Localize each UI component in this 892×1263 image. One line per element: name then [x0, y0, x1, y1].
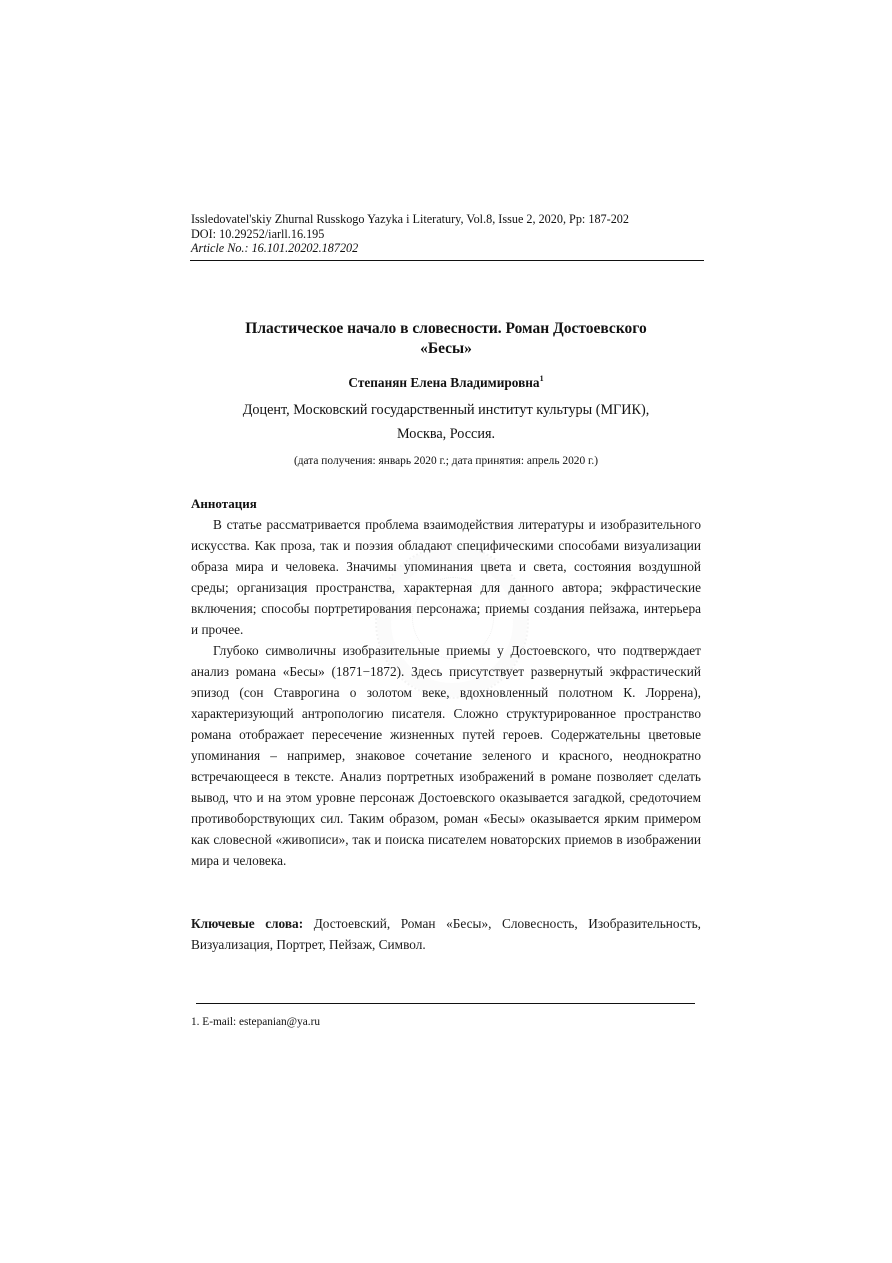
journal-doi: DOI: 10.29252/iarll.16.195 — [191, 227, 705, 242]
article-title: Пластическое начало в словесности. Роман… — [191, 319, 701, 359]
abstract-paragraph-2: Глубоко символичны изобразительные прием… — [191, 640, 701, 871]
journal-citation: Issledovatel'skiy Zhurnal Russkogo Yazyk… — [191, 212, 705, 227]
author-name-text: Степанян Елена Владимировна — [348, 375, 539, 390]
title-line-2: «Бесы» — [191, 339, 701, 359]
title-line-1: Пластическое начало в словесности. Роман… — [191, 319, 701, 339]
submission-dates: (дата получения: январь 2020 г.; дата пр… — [191, 454, 701, 468]
author-footnote-mark: 1 — [540, 374, 544, 383]
keywords: Ключевые слова: Достоевский, Роман «Бесы… — [191, 913, 701, 955]
abstract-paragraph-1: В статье рассматривается проблема взаимо… — [191, 514, 701, 640]
abstract-body: В статье рассматривается проблема взаимо… — [191, 514, 701, 871]
author-affiliation: Доцент, Московский государственный инсти… — [191, 398, 701, 446]
abstract-heading: Аннотация — [191, 496, 257, 512]
keywords-label: Ключевые слова: — [191, 916, 303, 931]
author-name: Степанян Елена Владимировна1 — [191, 375, 701, 391]
document-page: Issledovatel'skiy Zhurnal Russkogo Yazyk… — [0, 0, 892, 1263]
header-divider — [190, 260, 704, 261]
footnote-divider — [196, 1003, 695, 1004]
article-number: Article No.: 16.101.20202.187202 — [191, 241, 705, 256]
journal-header: Issledovatel'skiy Zhurnal Russkogo Yazyk… — [191, 212, 705, 256]
affiliation-line-2: Москва, Россия. — [191, 422, 701, 446]
affiliation-line-1: Доцент, Московский государственный инсти… — [191, 398, 701, 422]
footnote-email: 1. E-mail: estepanian@ya.ru — [191, 1015, 320, 1029]
